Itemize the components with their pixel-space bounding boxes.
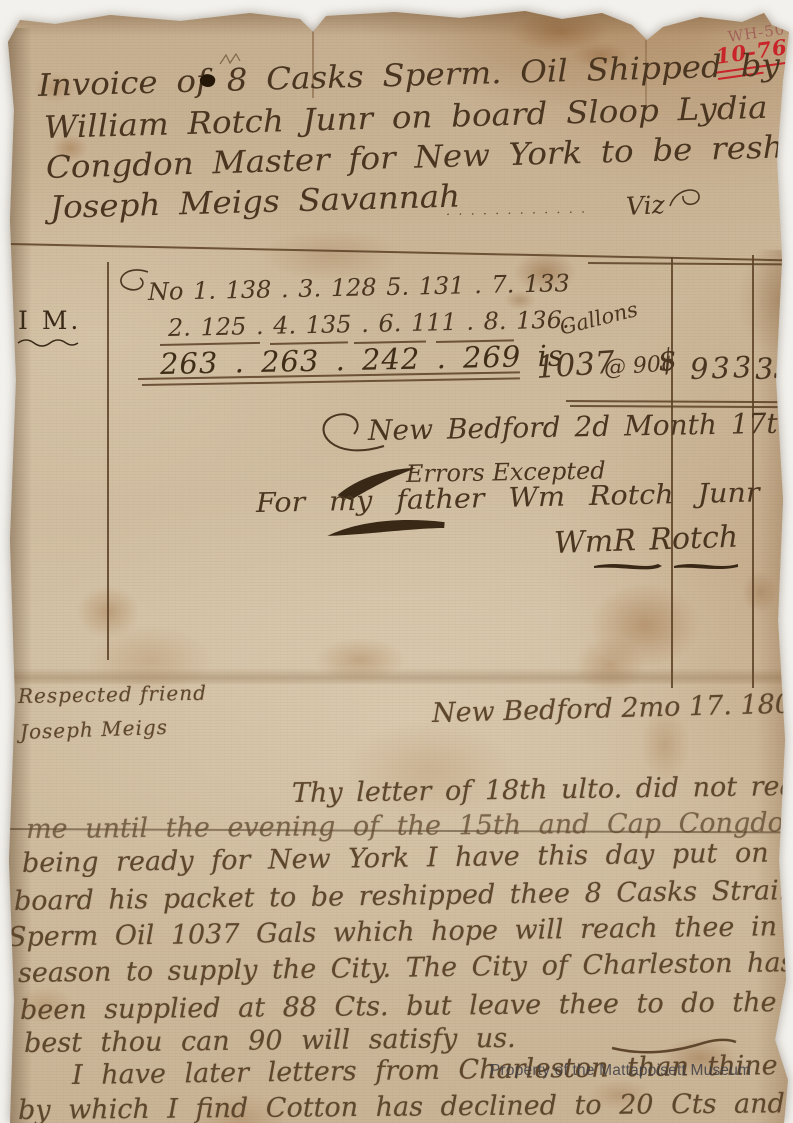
letter-dateline: New Bedford 2mo 17. 1806 (432, 688, 793, 729)
letter-body-line: Thy letter of 18th ulto. did not reach (292, 771, 793, 809)
invoice-dateline: New Bedford 2d Month 17th 1806 (368, 405, 793, 447)
amount-dollars: 933 (689, 350, 755, 386)
signature: WmR Rotch (553, 520, 738, 561)
ink-squiggle (218, 52, 242, 68)
margin-initials: I M. (18, 306, 81, 335)
total-double-rule-1 (566, 400, 793, 403)
margin-initials-wavy-underline (16, 338, 82, 348)
salutation-line-1: Respected friend (18, 681, 207, 708)
top-ruled-line-2 (588, 262, 793, 265)
cents-column-line (752, 255, 754, 688)
dash-swoosh (610, 1034, 740, 1056)
currency-symbol: $ (656, 342, 679, 379)
letter-body-line: by which I find Cotton has declined to 2… (18, 1088, 785, 1123)
letter-body-line: best thou can 90 will satisfy us. (24, 1023, 516, 1059)
dollars-column-line (671, 257, 673, 688)
figures-row-2: 2. 125 . 4. 135 . 6. 111 . 8. 136. (168, 306, 570, 342)
viz-flourish (668, 184, 708, 212)
museum-watermark: Property of the Mattapoisett Museum (490, 1062, 751, 1080)
pen-flourish-lower (325, 510, 447, 548)
gallons-label: Gallons (557, 297, 640, 340)
dots-leader: . . . . . . . . . . . . (446, 202, 587, 219)
letter-body-line: Sperm Oil 1037 Gals which hope will reac… (8, 911, 777, 953)
salutation-line-2: Joseph Meigs (20, 715, 169, 744)
paper-sheet: WH-50 10-762 Invoice of 8 Casks Sperm. O… (0, 0, 793, 1123)
invoice-header-line-4: Joseph Meigs Savannah (49, 179, 460, 226)
letter-body-line: board his packet to be reshipped thee 8 … (14, 875, 793, 917)
top-edge-shadow (8, 10, 790, 36)
figures-row-1: No 1. 138 . 3. 128 5. 131 . 7. 133 (148, 269, 570, 306)
letter-body-line: been supplied at 88 Cts. but leave thee … (20, 987, 777, 1026)
left-column-line (107, 262, 109, 660)
letter-body-line: season to supply the City. The City of C… (18, 947, 793, 989)
figures-flourish (114, 266, 152, 294)
amount-cents: 33 (754, 351, 792, 386)
scanned-document: WH-50 10-762 Invoice of 8 Casks Sperm. O… (0, 0, 793, 1123)
signature-flourish (592, 558, 742, 574)
viz-label: Viz (625, 190, 665, 221)
